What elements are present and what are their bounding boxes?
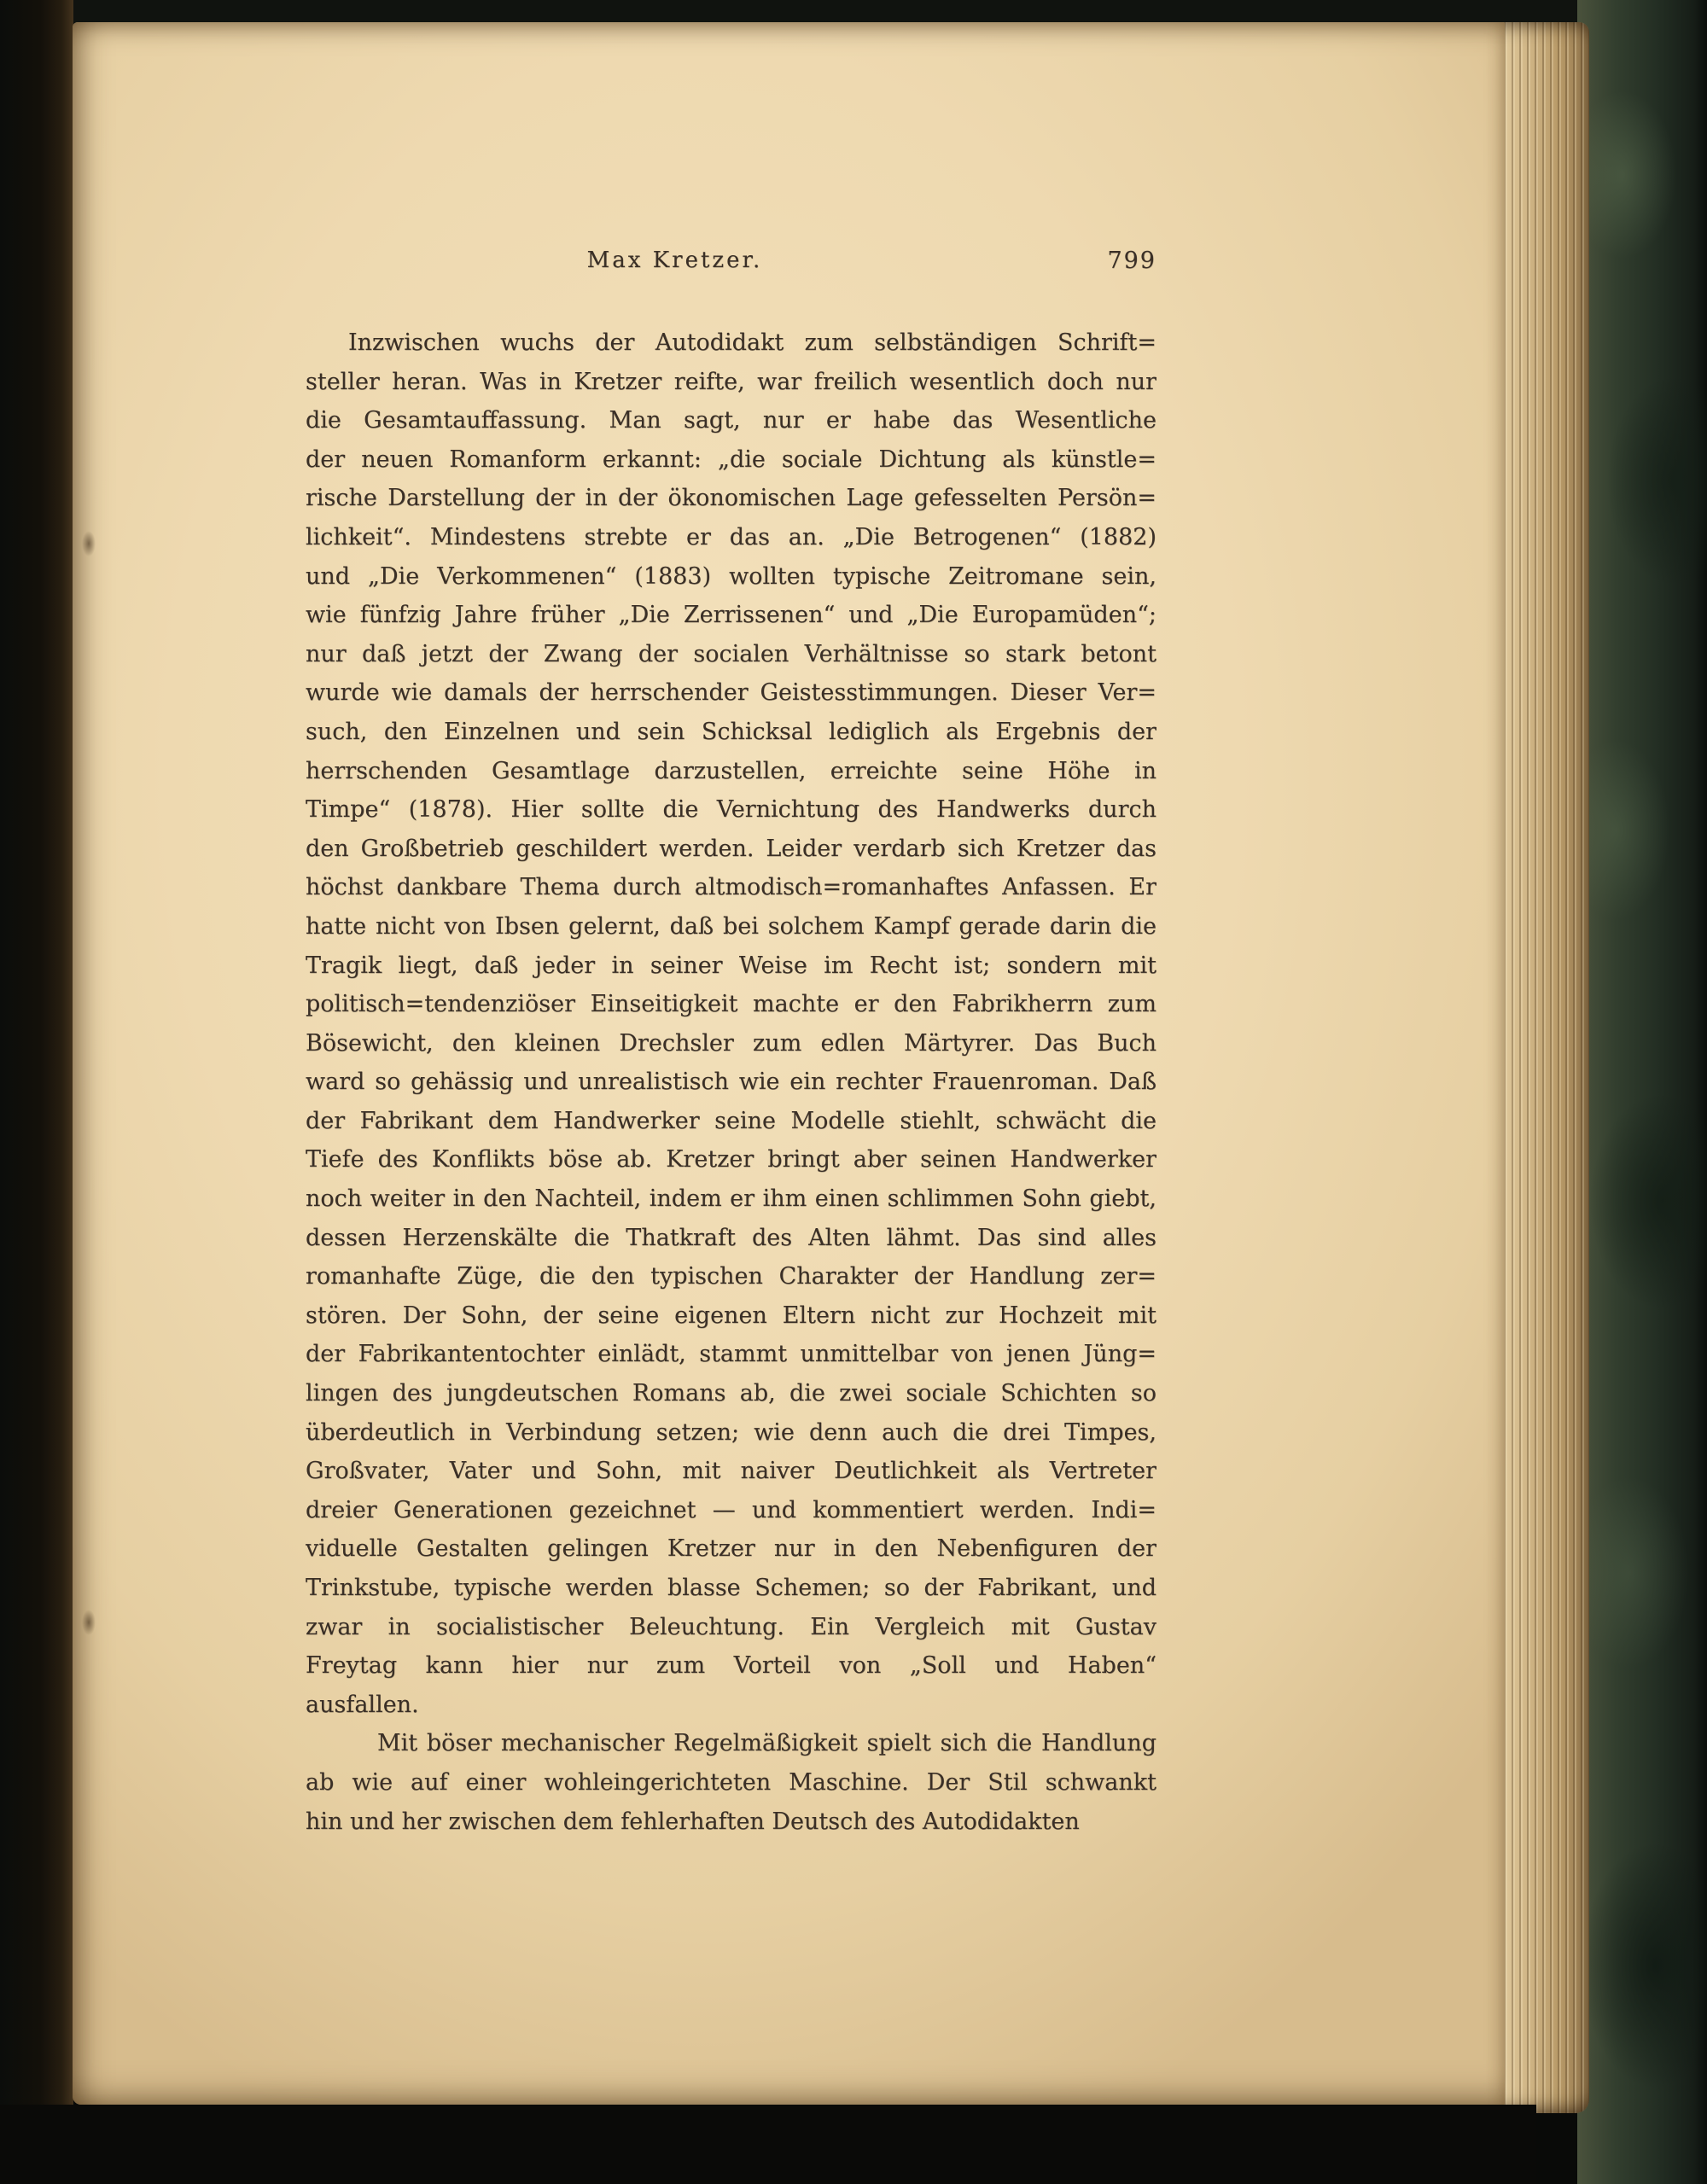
text-line: rische Darstellung der in der ökonomisch… <box>306 479 1156 518</box>
text-line: Großvater, Vater und Sohn, mit naiver De… <box>306 1452 1156 1491</box>
text-line: dessen Herzenskälte die Thatkraft des Al… <box>306 1219 1156 1258</box>
text-line: romanhafte Züge, die den typischen Chara… <box>306 1257 1156 1296</box>
running-title: Max Kretzer. <box>587 242 763 281</box>
text-line: Tragik liegt, daß jeder in seiner Weise … <box>306 946 1156 986</box>
text-line: Bösewicht, den kleinen Drechsler zum edl… <box>306 1024 1156 1063</box>
gutter-shadow <box>0 0 73 2184</box>
text-line: die Gesamtauffassung. Man sagt, nur er h… <box>306 401 1156 440</box>
text-line: wurde wie damals der herrschender Geiste… <box>306 673 1156 713</box>
text-line: ausfallen. <box>306 1686 1156 1725</box>
text-line: Tiefe des Konflikts böse ab. Kretzer bri… <box>306 1140 1156 1179</box>
text-line: lichkeit“. Mindestens strebte er das an.… <box>306 518 1156 557</box>
paragraph-2: Mit böser mechanischer Regelmäßigkeit sp… <box>306 1724 1156 1841</box>
binding-mark <box>82 1610 96 1635</box>
text-line: ab wie auf einer wohleingerichteten Masc… <box>306 1763 1156 1803</box>
text-line: wie fünfzig Jahre früher „Die Zerrissene… <box>306 596 1156 635</box>
text-line: Mit böser mechanischer Regelmäßigkeit sp… <box>306 1724 1156 1763</box>
book-cover <box>1577 0 1707 2184</box>
text-line: lingen des jungdeutschen Romans ab, die … <box>306 1374 1156 1413</box>
text-line: der neuen Romanform erkannt: „die social… <box>306 440 1156 480</box>
text-line: der Fabrikant dem Handwerker seine Model… <box>306 1102 1156 1141</box>
text-line: Trinkstube, typische werden blasse Schem… <box>306 1569 1156 1608</box>
text-line: steller heran. Was in Kretzer reifte, wa… <box>306 363 1156 402</box>
text-line: such, den Einzelnen und sein Schicksal l… <box>306 713 1156 752</box>
text-line: höchst dankbare Thema durch altmodisch=r… <box>306 868 1156 907</box>
text-line: zwar in socialistischer Beleuchtung. Ein… <box>306 1608 1156 1647</box>
text-line: viduelle Gestalten gelingen Kretzer nur … <box>306 1529 1156 1569</box>
text-line: dreier Generationen gezeichnet — und kom… <box>306 1491 1156 1530</box>
paragraph-1: Inzwischen wuchs der Autodidakt zum selb… <box>306 323 1156 1724</box>
text-line: ward so gehässig und unrealistisch wie e… <box>306 1063 1156 1102</box>
text-line: stören. Der Sohn, der seine eigenen Elte… <box>306 1296 1156 1336</box>
text-line: politisch=tendenziöser Einseitigkeit mac… <box>306 985 1156 1024</box>
text-line: überdeutlich in Verbindung setzen; wie d… <box>306 1413 1156 1453</box>
text-block: Max Kretzer. 799 Inzwischen wuchs der Au… <box>306 242 1156 1841</box>
text-line: den Großbetrieb geschildert werden. Leid… <box>306 830 1156 869</box>
page-number: 799 <box>1107 242 1156 281</box>
text-line: der Fabrikantentochter einlädt, stammt u… <box>306 1335 1156 1374</box>
text-line: noch weiter in den Nachteil, indem er ih… <box>306 1179 1156 1219</box>
text-line: Freytag kann hier nur zum Vorteil von „S… <box>306 1646 1156 1686</box>
scan-bottom-border <box>0 2105 1536 2184</box>
book-photo: Max Kretzer. 799 Inzwischen wuchs der Au… <box>0 0 1707 2184</box>
text-line: Timpe“ (1878). Hier sollte die Vernichtu… <box>306 790 1156 830</box>
text-line: herrschenden Gesamtlage darzustellen, er… <box>306 752 1156 791</box>
text-line: Inzwischen wuchs der Autodidakt zum selb… <box>306 323 1156 363</box>
binding-mark <box>82 531 96 556</box>
text-line: hatte nicht von Ibsen gelernt, daß bei s… <box>306 907 1156 946</box>
running-header: Max Kretzer. 799 <box>306 242 1156 323</box>
text-line: und „Die Verkommenen“ (1883) wollten typ… <box>306 557 1156 597</box>
text-line: nur daß jetzt der Zwang der socialen Ver… <box>306 635 1156 674</box>
text-line: hin und her zwischen dem fehlerhaften De… <box>306 1803 1156 1842</box>
